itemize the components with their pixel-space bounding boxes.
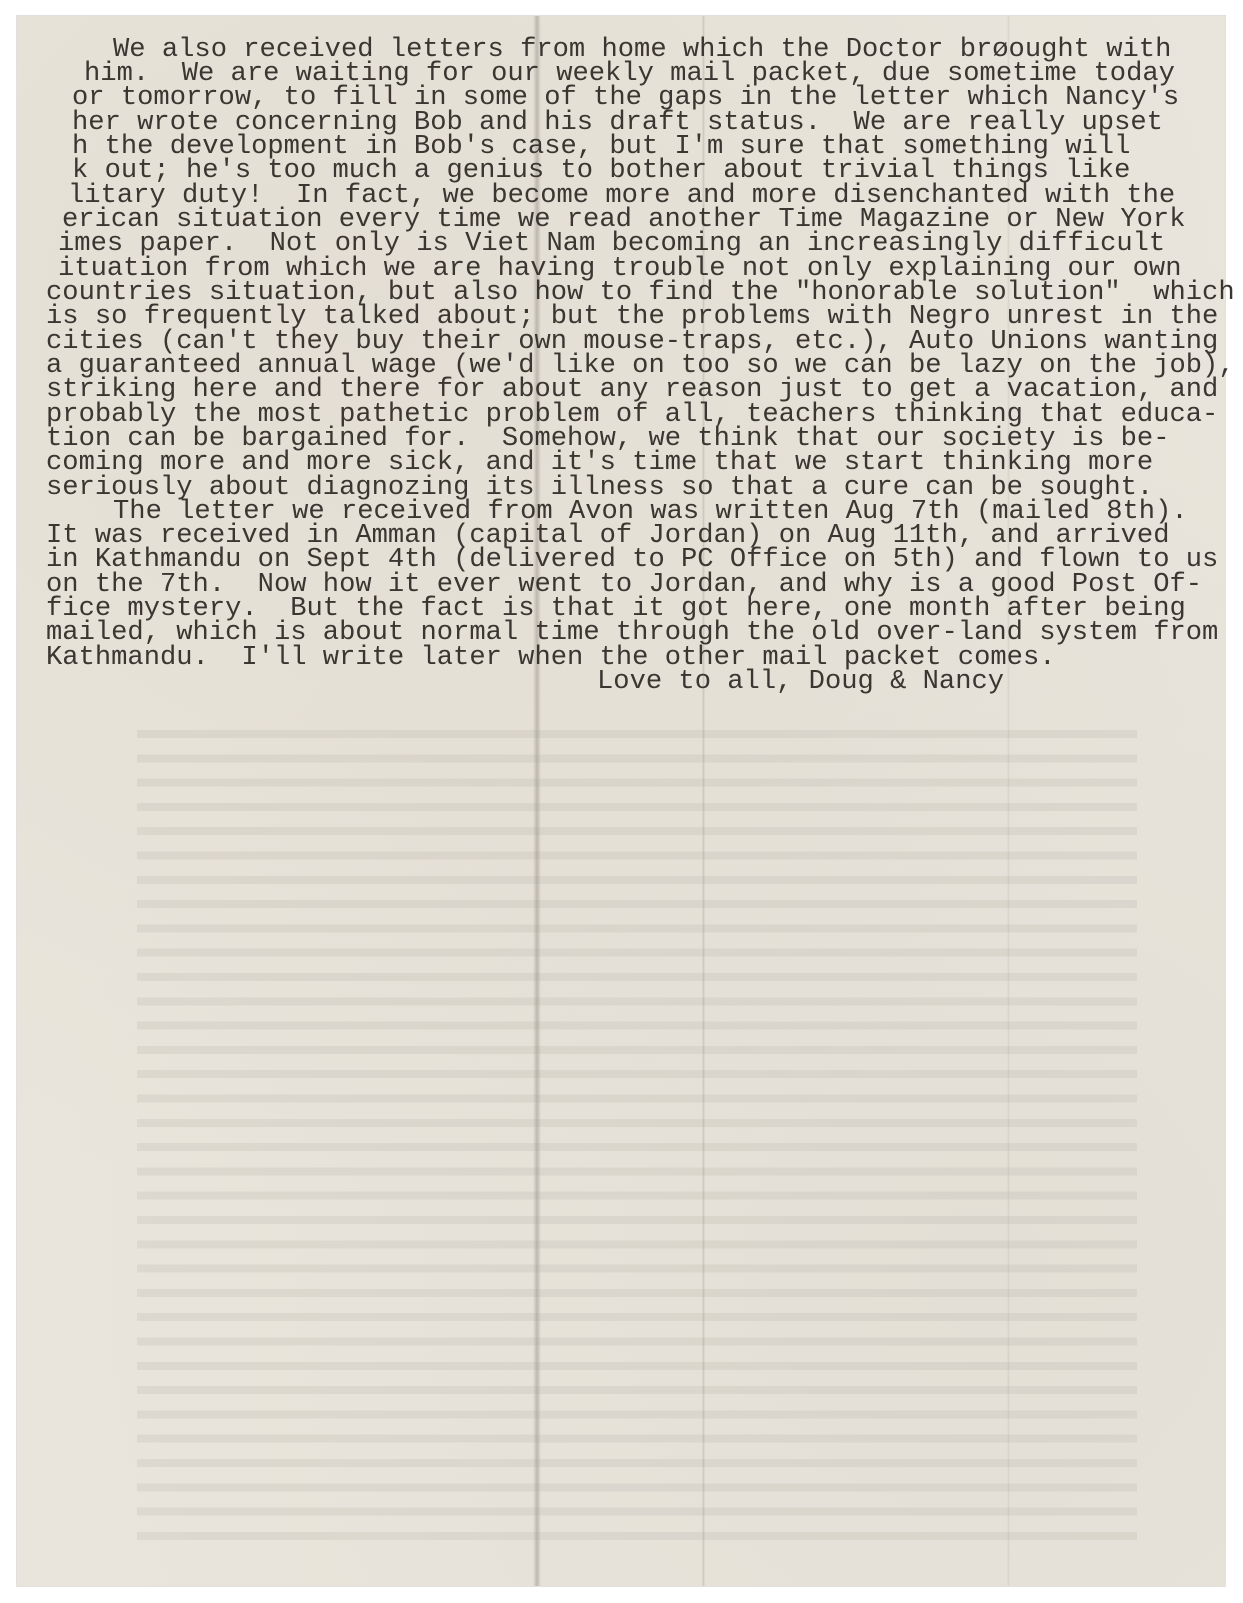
letter-line: is so frequently talked about; but the p…	[46, 305, 1218, 329]
letter-body: We also received letters from home which…	[0, 0, 1243, 1603]
letter-line: k out; he's too much a genius to bother …	[72, 159, 1130, 183]
letter-line: mailed, which is about normal time throu…	[46, 621, 1218, 645]
signature-line: Love to all, Doug & Nancy	[597, 670, 1004, 694]
letter-line: imes paper. Not only is Viet Nam becomin…	[58, 232, 1165, 256]
letter-line: striking here and there for about any re…	[46, 378, 1218, 402]
letter-line: coming more and more sick, and it's time…	[46, 451, 1153, 475]
letter-line: in Kathmandu on Sept 4th (delivered to P…	[46, 548, 1218, 572]
letter-line: or tomorrow, to fill in some of the gaps…	[72, 86, 1179, 110]
